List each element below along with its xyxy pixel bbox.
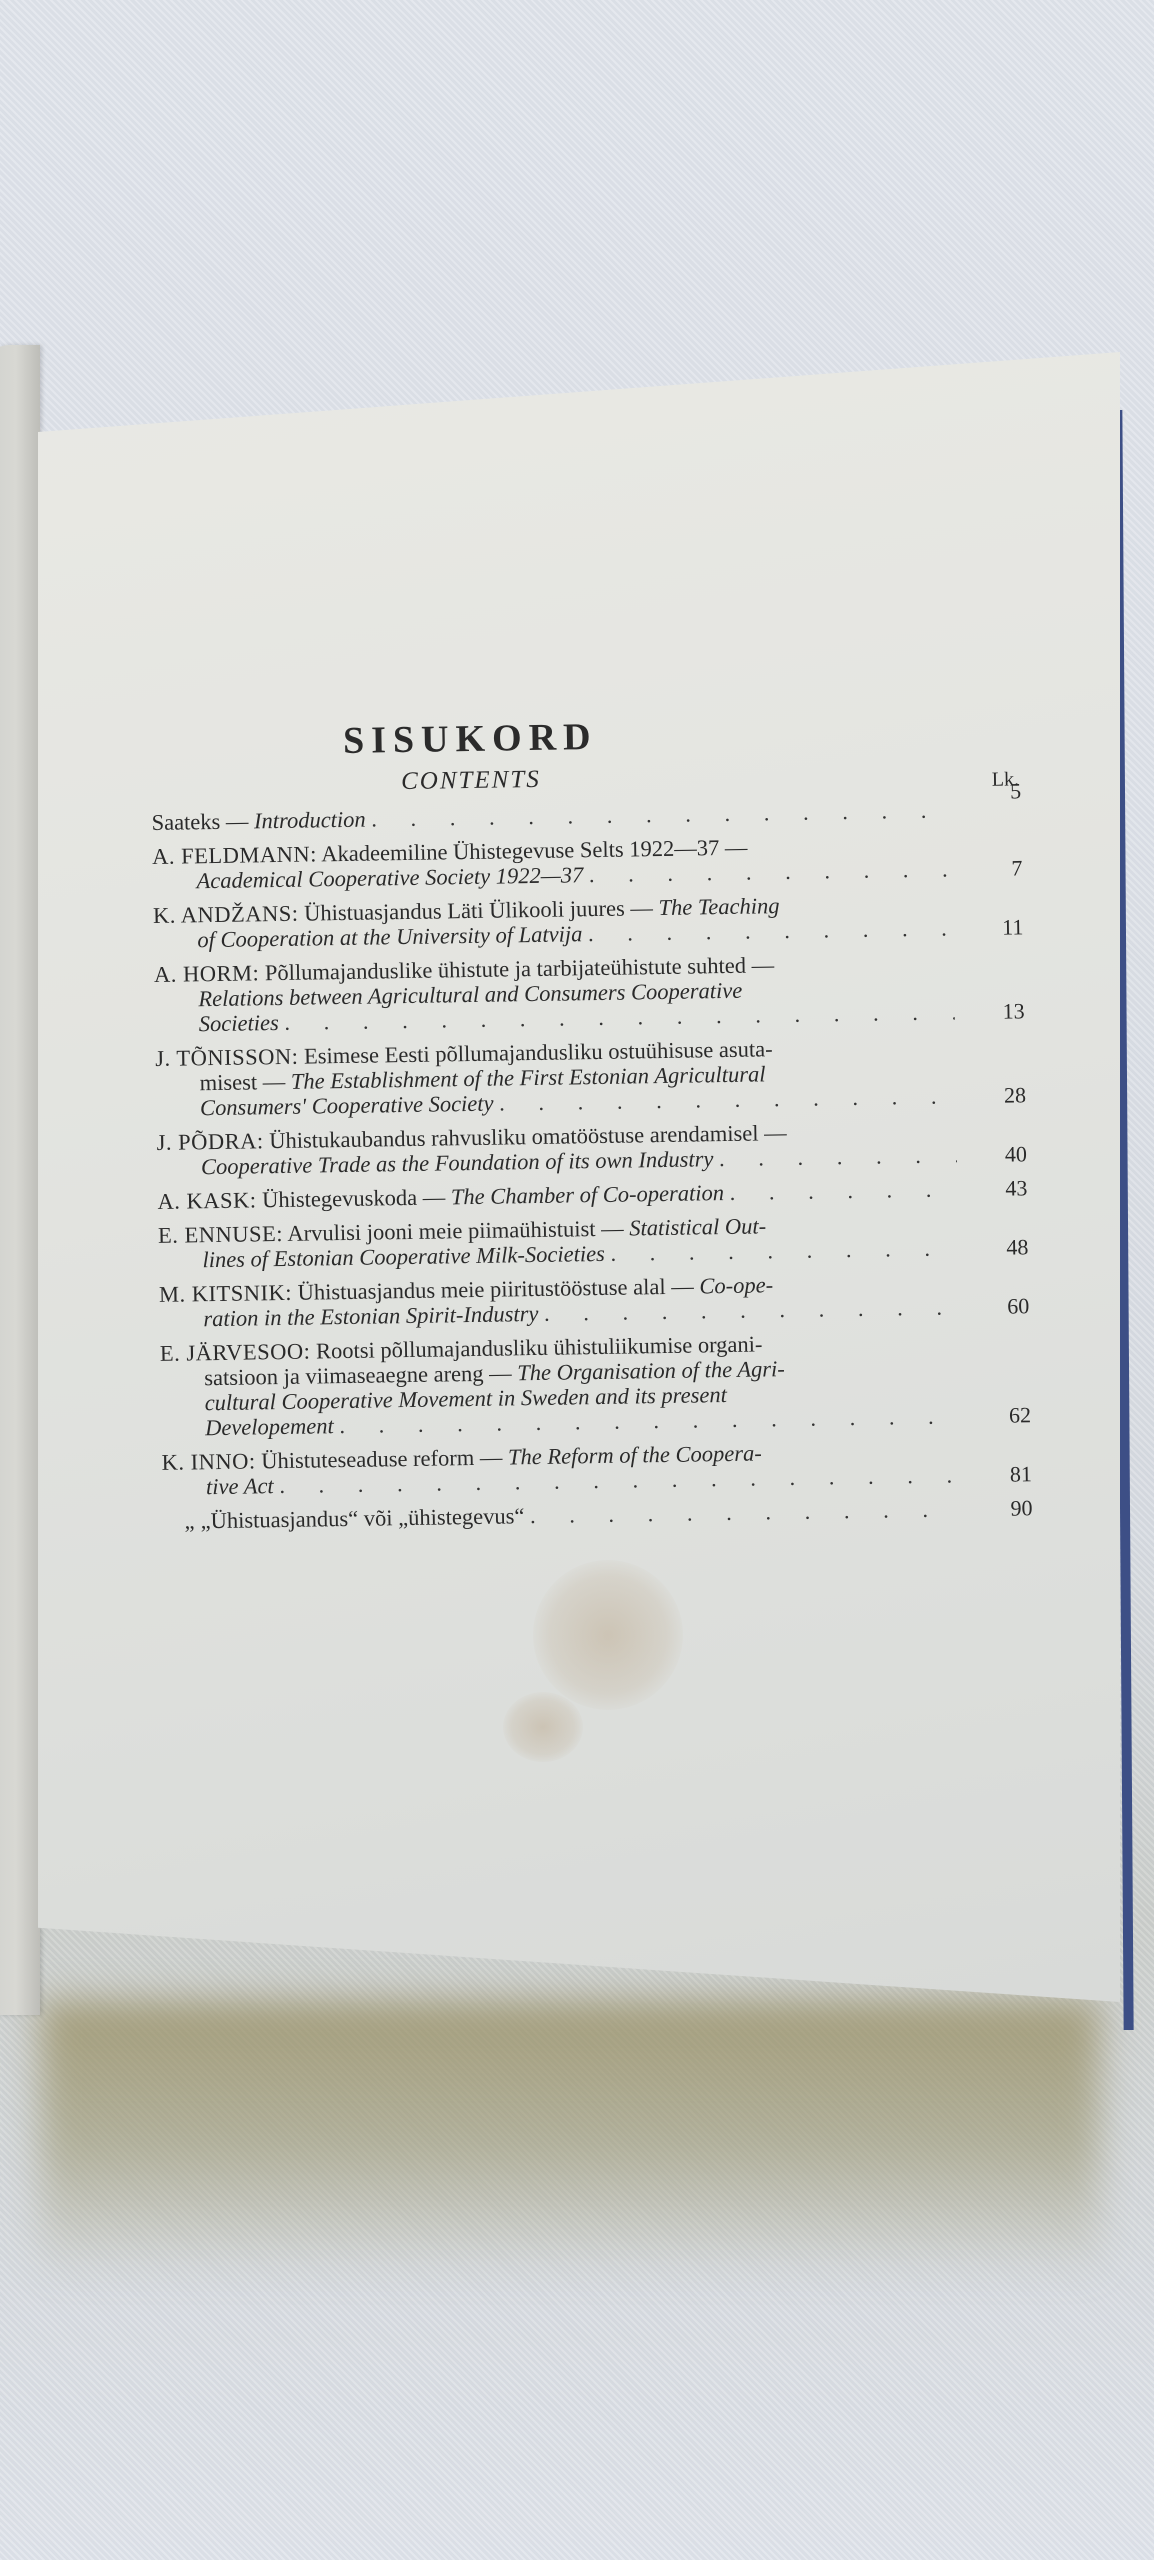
author: E. JÄRVESOO: bbox=[160, 1339, 311, 1366]
english-title: Academical Cooperative Society 1922—37 bbox=[196, 862, 583, 893]
leader-dots: . . . . . . . . . . . . . . . . . . . . … bbox=[544, 1294, 960, 1326]
page-number: 13 bbox=[974, 998, 1024, 1024]
facing-page-edge bbox=[0, 345, 40, 2015]
leader-dots: . . . . . . . . . . . . . . . . . . . . … bbox=[589, 856, 953, 887]
author: J. PÕDRA: bbox=[156, 1128, 263, 1155]
english-title-part: of Cooperation at the University of Latv… bbox=[197, 921, 582, 952]
author: K. INNO: bbox=[161, 1448, 255, 1474]
toc-entry[interactable]: „ „Ühistuasjandus“ või „ühistegevus“ . .… bbox=[162, 1495, 1032, 1534]
english-title-part: lines of Estonian Cooperative Milk-Socie… bbox=[202, 1241, 605, 1272]
leader-dots: . . . . . . . . . . . . . . . . . . . . … bbox=[719, 1142, 957, 1171]
english-title-part: Consumers' Cooperative Society bbox=[200, 1091, 494, 1121]
toc-entry[interactable]: E. ENNUSE: Arvulisi jooni meie piimaühis… bbox=[158, 1209, 1029, 1273]
page-number: 90 bbox=[982, 1495, 1032, 1521]
estonian-title: „Ühistuasjandus“ või „ühistegevus“ bbox=[200, 1503, 524, 1533]
toc-entry[interactable]: J. PÕDRA: Ühistukaubandus rahvusliku oma… bbox=[156, 1116, 1027, 1180]
english-title-part: Statistical Out- bbox=[629, 1213, 766, 1240]
toc-entry[interactable]: A. FELDMANN: Akadeemiline Ühistegevuse S… bbox=[152, 830, 1023, 894]
page-subtitle: CONTENTS bbox=[151, 762, 791, 800]
english-title: Introduction bbox=[254, 807, 366, 834]
page-number: 40 bbox=[977, 1141, 1027, 1167]
page-number: 43 bbox=[977, 1175, 1027, 1201]
author: A. KASK: bbox=[157, 1187, 256, 1214]
leader-dots: . . . . . . . . . . . . . . . . . . . . … bbox=[371, 797, 952, 831]
english-title-part: Developement bbox=[205, 1413, 334, 1440]
toc-entry[interactable]: J. TÕNISSON: Esimese Eesti põllumajandus… bbox=[155, 1032, 1026, 1121]
toc-entry[interactable]: A. KASK: Ühistegevuskoda — The Chamber o… bbox=[157, 1175, 1027, 1214]
toc-entry[interactable]: Saateks — Introduction . . . . . . . . .… bbox=[151, 796, 1021, 835]
book-shadow bbox=[40, 2000, 1100, 2280]
page-number: 7 bbox=[972, 855, 1022, 881]
page-number: 60 bbox=[979, 1293, 1029, 1319]
page-stain bbox=[533, 1560, 683, 1710]
english-title-part: Co-ope- bbox=[699, 1272, 773, 1298]
page-number: 5 bbox=[971, 778, 1021, 804]
leader-dots: . . . . . . . . . . . . . . . . . . . . … bbox=[530, 1496, 963, 1528]
toc-entry[interactable]: A. HORM: Põllumajanduslike ühistute ja t… bbox=[154, 948, 1025, 1037]
page-number: 11 bbox=[973, 914, 1023, 940]
english-title-part: The Teaching bbox=[658, 893, 779, 920]
author: K. ANDŽANS: bbox=[153, 901, 299, 928]
estonian-title: Ühistegevuskoda bbox=[262, 1185, 417, 1212]
english-title-part: Societies bbox=[199, 1010, 279, 1036]
toc-entry[interactable]: M. KITSNIK: Ühistuasjandus meie piiritus… bbox=[159, 1268, 1030, 1332]
estonian-title-part: misest bbox=[199, 1069, 257, 1095]
author: E. ENNUSE: bbox=[158, 1221, 283, 1248]
toc-list: Saateks — Introduction . . . . . . . . .… bbox=[151, 796, 1032, 1534]
leader-dots: . . . . . . . . . . . . . . . . . . . . … bbox=[588, 915, 954, 946]
page-number: 81 bbox=[982, 1461, 1032, 1487]
english-title: The Chamber of Co-operation bbox=[451, 1180, 724, 1209]
english-title-part: ration in the Estonian Spirit-Industry bbox=[203, 1301, 538, 1331]
english-title-part: The Organisation of the Agri- bbox=[517, 1356, 785, 1385]
page-number: 48 bbox=[978, 1234, 1028, 1260]
estonian-title: Saateks bbox=[151, 809, 220, 835]
page-number: 28 bbox=[976, 1082, 1026, 1108]
author: J. TÕNISSON: bbox=[155, 1044, 298, 1071]
page-number: 62 bbox=[981, 1402, 1031, 1428]
page-stain bbox=[503, 1692, 583, 1762]
leader-dots: . . . . . . . . . . . . . . . . . . . . … bbox=[729, 1176, 957, 1205]
table-of-contents: SISUKORD CONTENTS Lk. Saateks — Introduc… bbox=[150, 708, 1033, 1543]
estonian-title: Ühistuteseaduse reform bbox=[261, 1445, 474, 1473]
toc-entry[interactable]: K. ANDŽANS: Ühistuasjandus Läti Ülikooli… bbox=[153, 889, 1024, 953]
author: A. HORM: bbox=[154, 960, 260, 987]
author: A. FELDMANN: bbox=[152, 841, 317, 869]
author: M. KITSNIK: bbox=[159, 1280, 292, 1307]
toc-entry[interactable]: K. INNO: Ühistuteseaduse reform — The Re… bbox=[161, 1436, 1032, 1500]
leader-dots: . . . . . . . . . . . . . . . . . . . . … bbox=[610, 1235, 958, 1265]
page-title: SISUKORD bbox=[140, 712, 801, 766]
toc-entry[interactable]: E. JÄRVESOO: Rootsi põllumajandusliku üh… bbox=[160, 1327, 1031, 1441]
ditto-mark: „ bbox=[184, 1508, 195, 1533]
english-title-part: tive Act bbox=[206, 1473, 274, 1499]
